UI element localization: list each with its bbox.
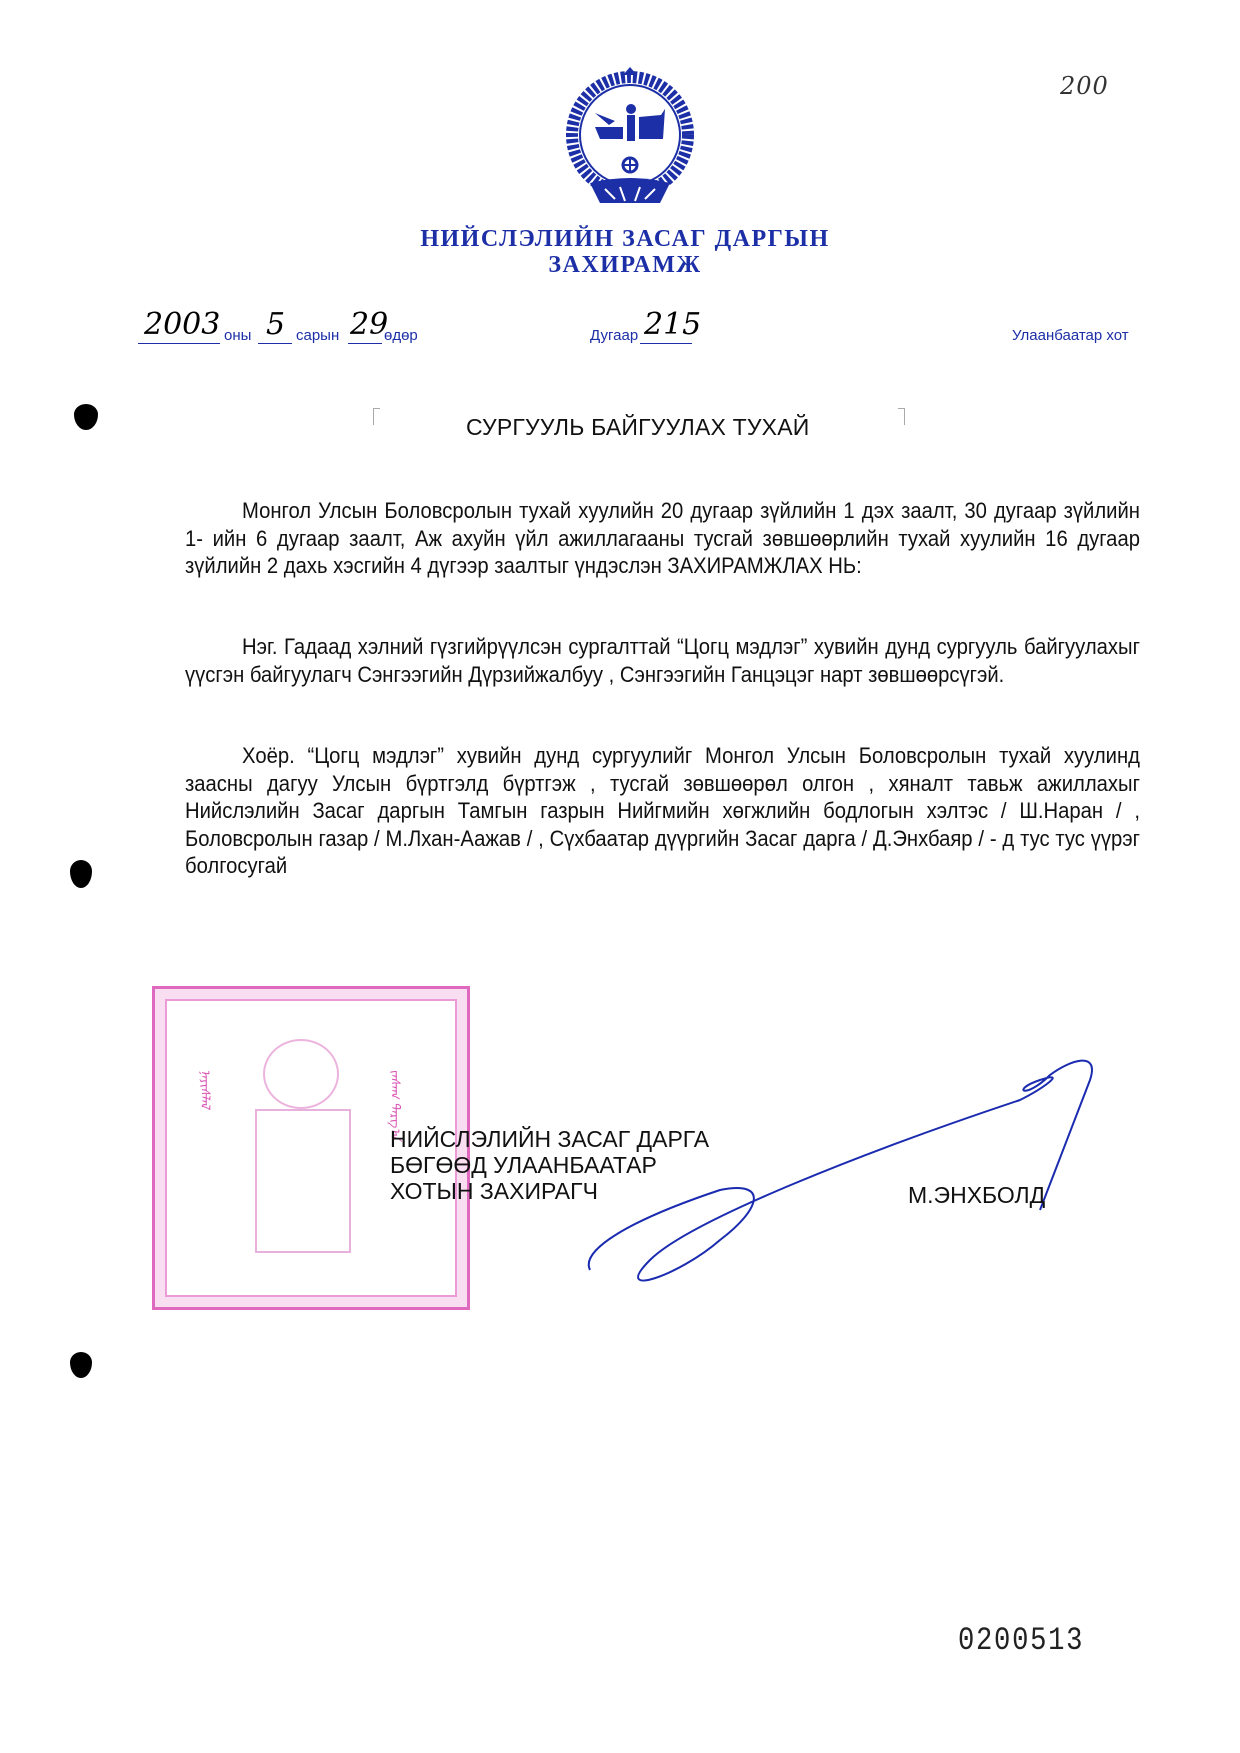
state-emblem-icon bbox=[565, 65, 695, 215]
day-value: 29 bbox=[350, 307, 388, 342]
number-label: Дугаар bbox=[590, 327, 638, 344]
paragraph-text: Хоёр. “Цогц мэдлэг” хувийн дунд сургуули… bbox=[185, 743, 1140, 878]
place-label: Улаанбаатар хот bbox=[1012, 327, 1129, 344]
stamp-inner-frame bbox=[255, 1109, 351, 1253]
dateline: 2003 оны 5 сарын 29 өдөр Дугаар 215 Улаа… bbox=[138, 310, 1138, 350]
day-label: өдөр bbox=[384, 327, 418, 344]
subject-bracket-left bbox=[373, 408, 380, 425]
page-number: 200 bbox=[1060, 72, 1109, 100]
stamp-script-left: ᠨᠡᠶᠢᠰᠯᠡᠯ bbox=[197, 1069, 217, 1269]
year-underline bbox=[138, 343, 220, 344]
header-line-1: НИЙСЛЭЛИЙН ЗАСАГ ДАРГЫН bbox=[380, 226, 870, 252]
paragraph-preamble: Монгол Улсын Боловсролын тухай хуулийн 2… bbox=[185, 497, 1140, 580]
paragraph-text: Монгол Улсын Боловсролын тухай хуулийн 2… bbox=[185, 498, 1140, 578]
month-label: сарын bbox=[296, 327, 339, 344]
stamp-emblem-icon bbox=[263, 1039, 339, 1109]
punch-hole bbox=[74, 404, 98, 430]
month-value: 5 bbox=[266, 307, 285, 342]
month-underline bbox=[258, 343, 292, 344]
document-subject: СУРГУУЛЬ БАЙГУУЛАХ ТУХАЙ bbox=[466, 414, 810, 441]
year-label: оны bbox=[224, 327, 251, 344]
paragraph-text: Нэг. Гадаад хэлний гүзгийрүүлсэн сургалт… bbox=[185, 634, 1140, 687]
paragraph-two: Хоёр. “Цогц мэдлэг” хувийн дунд сургуули… bbox=[185, 742, 1140, 880]
handwritten-signature bbox=[570, 1040, 1130, 1290]
punch-hole bbox=[70, 860, 92, 888]
number-underline bbox=[640, 343, 692, 344]
paragraph-one: Нэг. Гадаад хэлний гүзгийрүүлсэн сургалт… bbox=[185, 633, 1140, 688]
punch-hole bbox=[70, 1352, 92, 1378]
day-underline bbox=[348, 343, 382, 344]
serial-number: 0200513 bbox=[958, 1622, 1084, 1659]
subject-bracket-right bbox=[898, 408, 905, 425]
signatory-name: М.ЭНХБОЛД bbox=[908, 1182, 1045, 1209]
number-value: 215 bbox=[644, 307, 701, 342]
year-value: 2003 bbox=[144, 307, 220, 342]
issuing-authority-header: НИЙСЛЭЛИЙН ЗАСАГ ДАРГЫН ЗАХИРАМЖ bbox=[380, 226, 870, 278]
header-line-2: ЗАХИРАМЖ bbox=[380, 252, 870, 278]
